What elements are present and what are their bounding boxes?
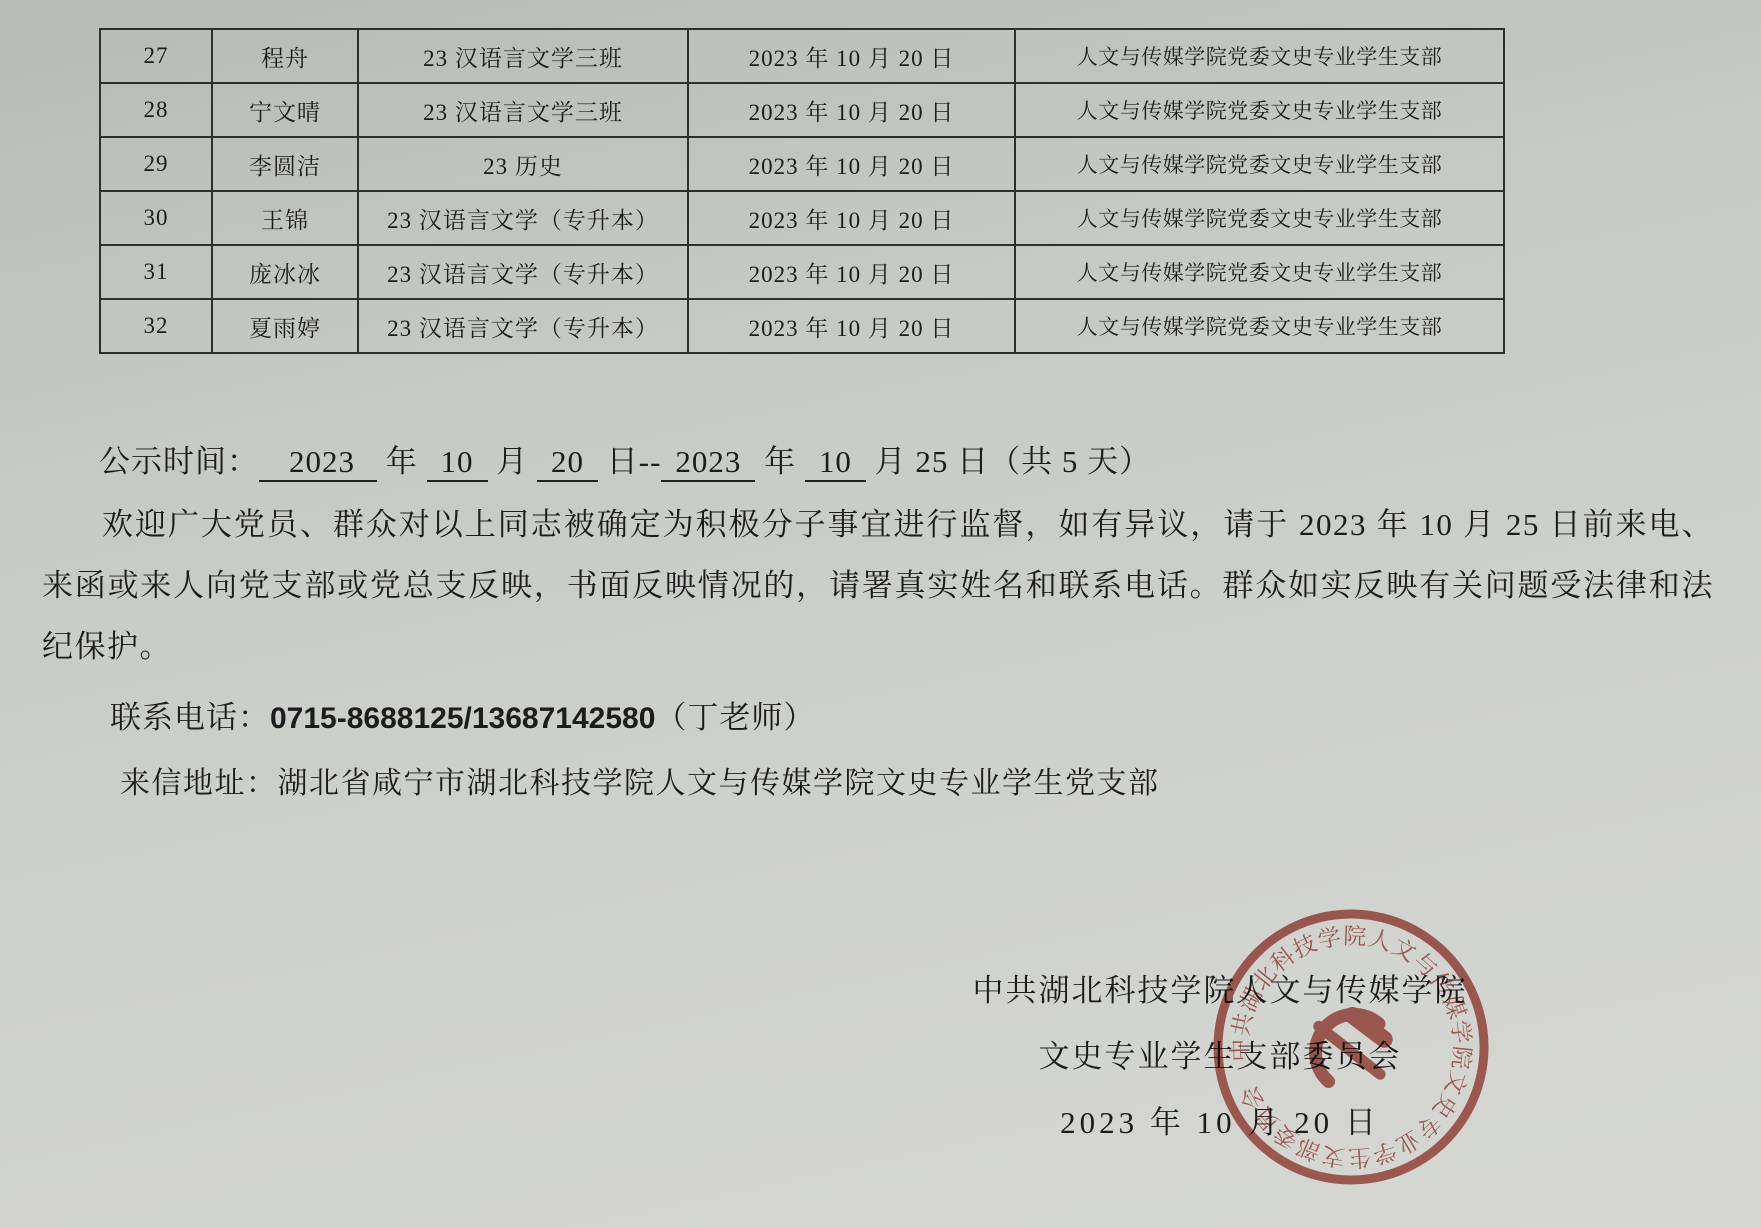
table-row: 27 程舟 23 汉语言文学三班 2023 年 10 月 20 日 人文与传媒学… <box>100 29 1504 83</box>
table-row: 28 宁文晴 23 汉语言文学三班 2023 年 10 月 20 日 人文与传媒… <box>100 83 1504 137</box>
table-row: 29 李圆洁 23 历史 2023 年 10 月 20 日 人文与传媒学院党委文… <box>100 137 1504 191</box>
cell-class: 23 汉语言文学三班 <box>358 29 688 83</box>
mailing-address-line: 来信地址：湖北省咸宁市湖北科技学院人文与传媒学院文史专业学生党支部 <box>120 758 1160 802</box>
cell-number: 31 <box>100 245 212 299</box>
cell-branch: 人文与传媒学院党委文史专业学生支部 <box>1015 83 1504 137</box>
cell-date: 2023 年 10 月 20 日 <box>688 245 1015 299</box>
contact-phone-line: 联系电话：0715-8688125/13687142580（丁老师） <box>110 692 815 737</box>
party-seal-stamp: 中共湖北科技学院人文与传媒学院文史专业学生支部委员会 <box>1186 882 1516 1212</box>
publicity-start-month: 10 <box>427 444 488 482</box>
cell-class: 23 汉语言文学（专升本） <box>358 245 688 299</box>
cell-date: 2023 年 10 月 20 日 <box>688 137 1015 191</box>
cell-name: 宁文晴 <box>212 83 358 137</box>
phone-label: 联系电话： <box>110 700 270 735</box>
cell-number: 30 <box>100 191 212 245</box>
cell-date: 2023 年 10 月 20 日 <box>688 191 1015 245</box>
cell-name: 庞冰冰 <box>212 245 358 299</box>
cell-branch: 人文与传媒学院党委文史专业学生支部 <box>1015 29 1504 83</box>
cell-class: 23 历史 <box>358 137 688 191</box>
cell-name: 李圆洁 <box>212 137 358 191</box>
publicity-sep: 年 <box>755 444 805 479</box>
cell-date: 2023 年 10 月 20 日 <box>688 83 1015 137</box>
publicity-label: 公示时间： <box>99 444 259 479</box>
table-row: 30 王锦 23 汉语言文学（专升本） 2023 年 10 月 20 日 人文与… <box>100 191 1504 245</box>
cell-branch: 人文与传媒学院党委文史专业学生支部 <box>1015 191 1504 245</box>
cell-branch: 人文与传媒学院党委文史专业学生支部 <box>1015 245 1504 299</box>
phone-number: 0715-8688125/13687142580 <box>270 702 655 735</box>
publicity-sep: 月 <box>488 444 538 479</box>
cell-number: 28 <box>100 83 212 137</box>
hammer-sickle-icon <box>1311 1010 1389 1082</box>
publicity-end-month: 10 <box>805 444 866 482</box>
publicity-period-line: 公示时间：2023 年 10 月 20 日--2023 年 10 月 25 日（… <box>99 436 1151 482</box>
publicity-start-day: 20 <box>537 444 598 482</box>
cell-name: 夏雨婷 <box>212 299 358 353</box>
address-value: 湖北省咸宁市湖北科技学院人文与传媒学院文史专业学生党支部 <box>278 767 1160 800</box>
cell-class: 23 汉语言文学（专升本） <box>358 299 688 353</box>
cell-class: 23 汉语言文学三班 <box>358 83 688 137</box>
publicity-start-year: 2023 <box>259 444 377 482</box>
address-label: 来信地址： <box>120 767 278 800</box>
cell-date: 2023 年 10 月 20 日 <box>688 299 1015 353</box>
table-row: 32 夏雨婷 23 汉语言文学（专升本） 2023 年 10 月 20 日 人文… <box>100 299 1504 353</box>
table-row: 31 庞冰冰 23 汉语言文学（专升本） 2023 年 10 月 20 日 人文… <box>100 245 1504 299</box>
cell-branch: 人文与传媒学院党委文史专业学生支部 <box>1015 137 1504 191</box>
cell-name: 程舟 <box>212 29 358 83</box>
publicity-end-year: 2023 <box>661 444 755 482</box>
publicity-sep: 月 25 日（共 5 天） <box>866 444 1151 479</box>
cell-number: 32 <box>100 299 212 353</box>
cell-class: 23 汉语言文学（专升本） <box>358 191 688 245</box>
publicity-sep: 年 <box>377 444 427 479</box>
cell-date: 2023 年 10 月 20 日 <box>688 29 1015 83</box>
cell-name: 王锦 <box>212 191 358 245</box>
cell-number: 27 <box>100 29 212 83</box>
publicity-sep: 日-- <box>598 444 661 479</box>
scanned-document-page: 27 程舟 23 汉语言文学三班 2023 年 10 月 20 日 人文与传媒学… <box>0 0 1761 1228</box>
candidate-roster-table: 27 程舟 23 汉语言文学三班 2023 年 10 月 20 日 人文与传媒学… <box>99 28 1505 354</box>
cell-branch: 人文与传媒学院党委文史专业学生支部 <box>1015 299 1504 353</box>
supervision-paragraph: 欢迎广大党员、群众对以上同志被确定为积极分子事宜进行监督，如有异议，请于 202… <box>42 494 1714 677</box>
cell-number: 29 <box>100 137 212 191</box>
phone-suffix: （丁老师） <box>655 700 815 735</box>
